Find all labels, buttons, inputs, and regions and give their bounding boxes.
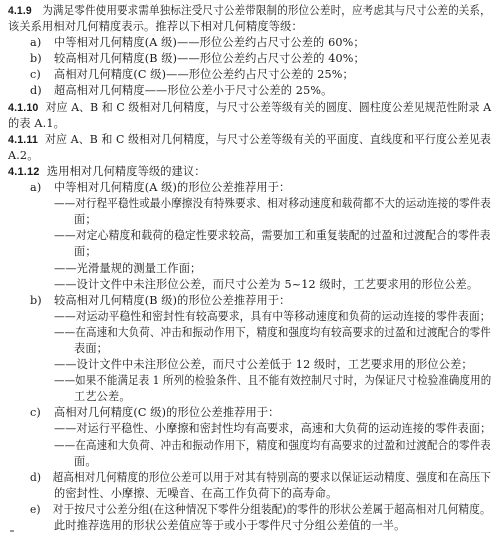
bullet-cont: 表面；	[74, 342, 108, 356]
list-item: a)中等相对几何精度(A 级)——形位公差约占尺寸公差的 60%；	[30, 36, 365, 50]
clause-4-1-10: 4.1.10 对应 A、B 和 C 级相对几何精度，与尺寸公差等级有关的圆度、圆…	[8, 101, 491, 115]
clause-text: 为满足零件使用要求需单独标注受尺寸公差带限制的形位公差时，应考虑其与尺寸公差的关…	[42, 4, 491, 17]
clause-4-1-12: 4.1.12 选用相对几何精度等级的建议：	[8, 165, 206, 179]
list-item-d: d)超高相对几何精度的形位公差可以用于对其有特别高的要求以保证运动精度、强度和在…	[30, 471, 491, 485]
clause-text-cont: 的表 A.1。	[8, 117, 65, 131]
clause-text-cont: A.2。	[8, 149, 39, 163]
bullet: ——设计文件中未注形位公差，而尺寸公差低于 12 级时，工艺要求用的形位公差；	[54, 358, 473, 372]
bullet: ——在高速和大负荷、冲击和振动作用下，精度和强度均有较高要求的过盈和过渡配合的零…	[54, 326, 491, 340]
bullet: ——设计文件中未注形位公差，而尺寸公差为 5~12 级时，工艺要求用的形位公差。	[54, 278, 478, 292]
list-item-cont: 的密封性、小摩擦、无噪音、在高工作负荷下的高寿命。	[54, 487, 337, 501]
scan-mark	[10, 530, 14, 532]
bullet: ——在高速和大负荷、冲击和振动作用下，精度和强度均有高要求的过盈和过渡配合的零件…	[54, 439, 491, 453]
list-item-a: a)中等相对几何精度(A 级)的形位公差推荐用于：	[30, 181, 290, 195]
list-item-c: c)高相对几何精度(C 级)的形位公差推荐用于：	[30, 406, 280, 420]
list-item-e: e)对于按尺寸公差分组(在这种情况下零件分组装配)的零件的形状公差属于超高相对几…	[30, 503, 491, 517]
clause-number: 4.1.9	[8, 5, 32, 17]
list-item: d)超高相对几何精度——形位公差小于尺寸公差的 25%。	[30, 84, 332, 98]
list-item-cont: 此时推荐选用的形状公差值应等于或小于零件尺寸分组公差值的一半。	[54, 519, 405, 533]
clause-text-cont: 该关系用相对几何精度表示。推荐以下相对几何精度等级：	[8, 20, 303, 34]
clause-4-1-9: 4.1.9 为满足零件使用要求需单独标注受尺寸公差带限制的形位公差时，应考虑其与…	[8, 4, 491, 18]
list-item: c)高相对几何精度(C 级)——形位公差约占尺寸公差的 25%；	[30, 68, 354, 82]
bullet-cont: 面；	[74, 245, 97, 259]
bullet: ——对定心精度和载荷的稳定性要求较高，需要加工和重复装配的过盈和过渡配合的零件表	[54, 229, 491, 243]
bullet: ——光滑量规的测量工作面；	[54, 262, 201, 276]
clause-4-1-11: 4.1.11 对应 A、B 和 C 级相对几何精度，与尺寸公差等级有关的平面度、…	[8, 133, 491, 147]
list-item-b: b)较高相对几何精度(B 级)的形位公差推荐用于：	[30, 294, 291, 308]
bullet: ——对运行平稳性、小摩擦和密封性均有高要求，高速和大负荷的运动连接的零件表面；	[54, 422, 491, 436]
bullet-cont: 面；	[74, 213, 97, 227]
bullet: ——对行程平稳性或最小摩擦没有特殊要求、相对移动速度和载荷都不大的运动连接的零件…	[54, 197, 491, 211]
bullet-cont: 面。	[74, 455, 97, 469]
document-page: 4.1.9 为满足零件使用要求需单独标注受尺寸公差带限制的形位公差时，应考虑其与…	[0, 0, 497, 538]
clause-number: 4.1.11	[8, 134, 38, 146]
list-item: b)较高相对几何精度(B 级)——形位公差约占尺寸公差的 40%；	[30, 52, 365, 66]
bullet: ——如果不能满足表 1 所列的检验条件、且不能有效控制尺寸时，为保证尺寸检验准确…	[54, 374, 491, 388]
clause-number: 4.1.10	[8, 102, 38, 114]
bullet: ——对运动平稳性和密封性有较高要求，具有中等移动速度和负荷的运动连接的零件表面；	[54, 310, 491, 324]
clause-number: 4.1.12	[8, 166, 39, 178]
bullet-cont: 工艺公差。	[74, 390, 131, 404]
